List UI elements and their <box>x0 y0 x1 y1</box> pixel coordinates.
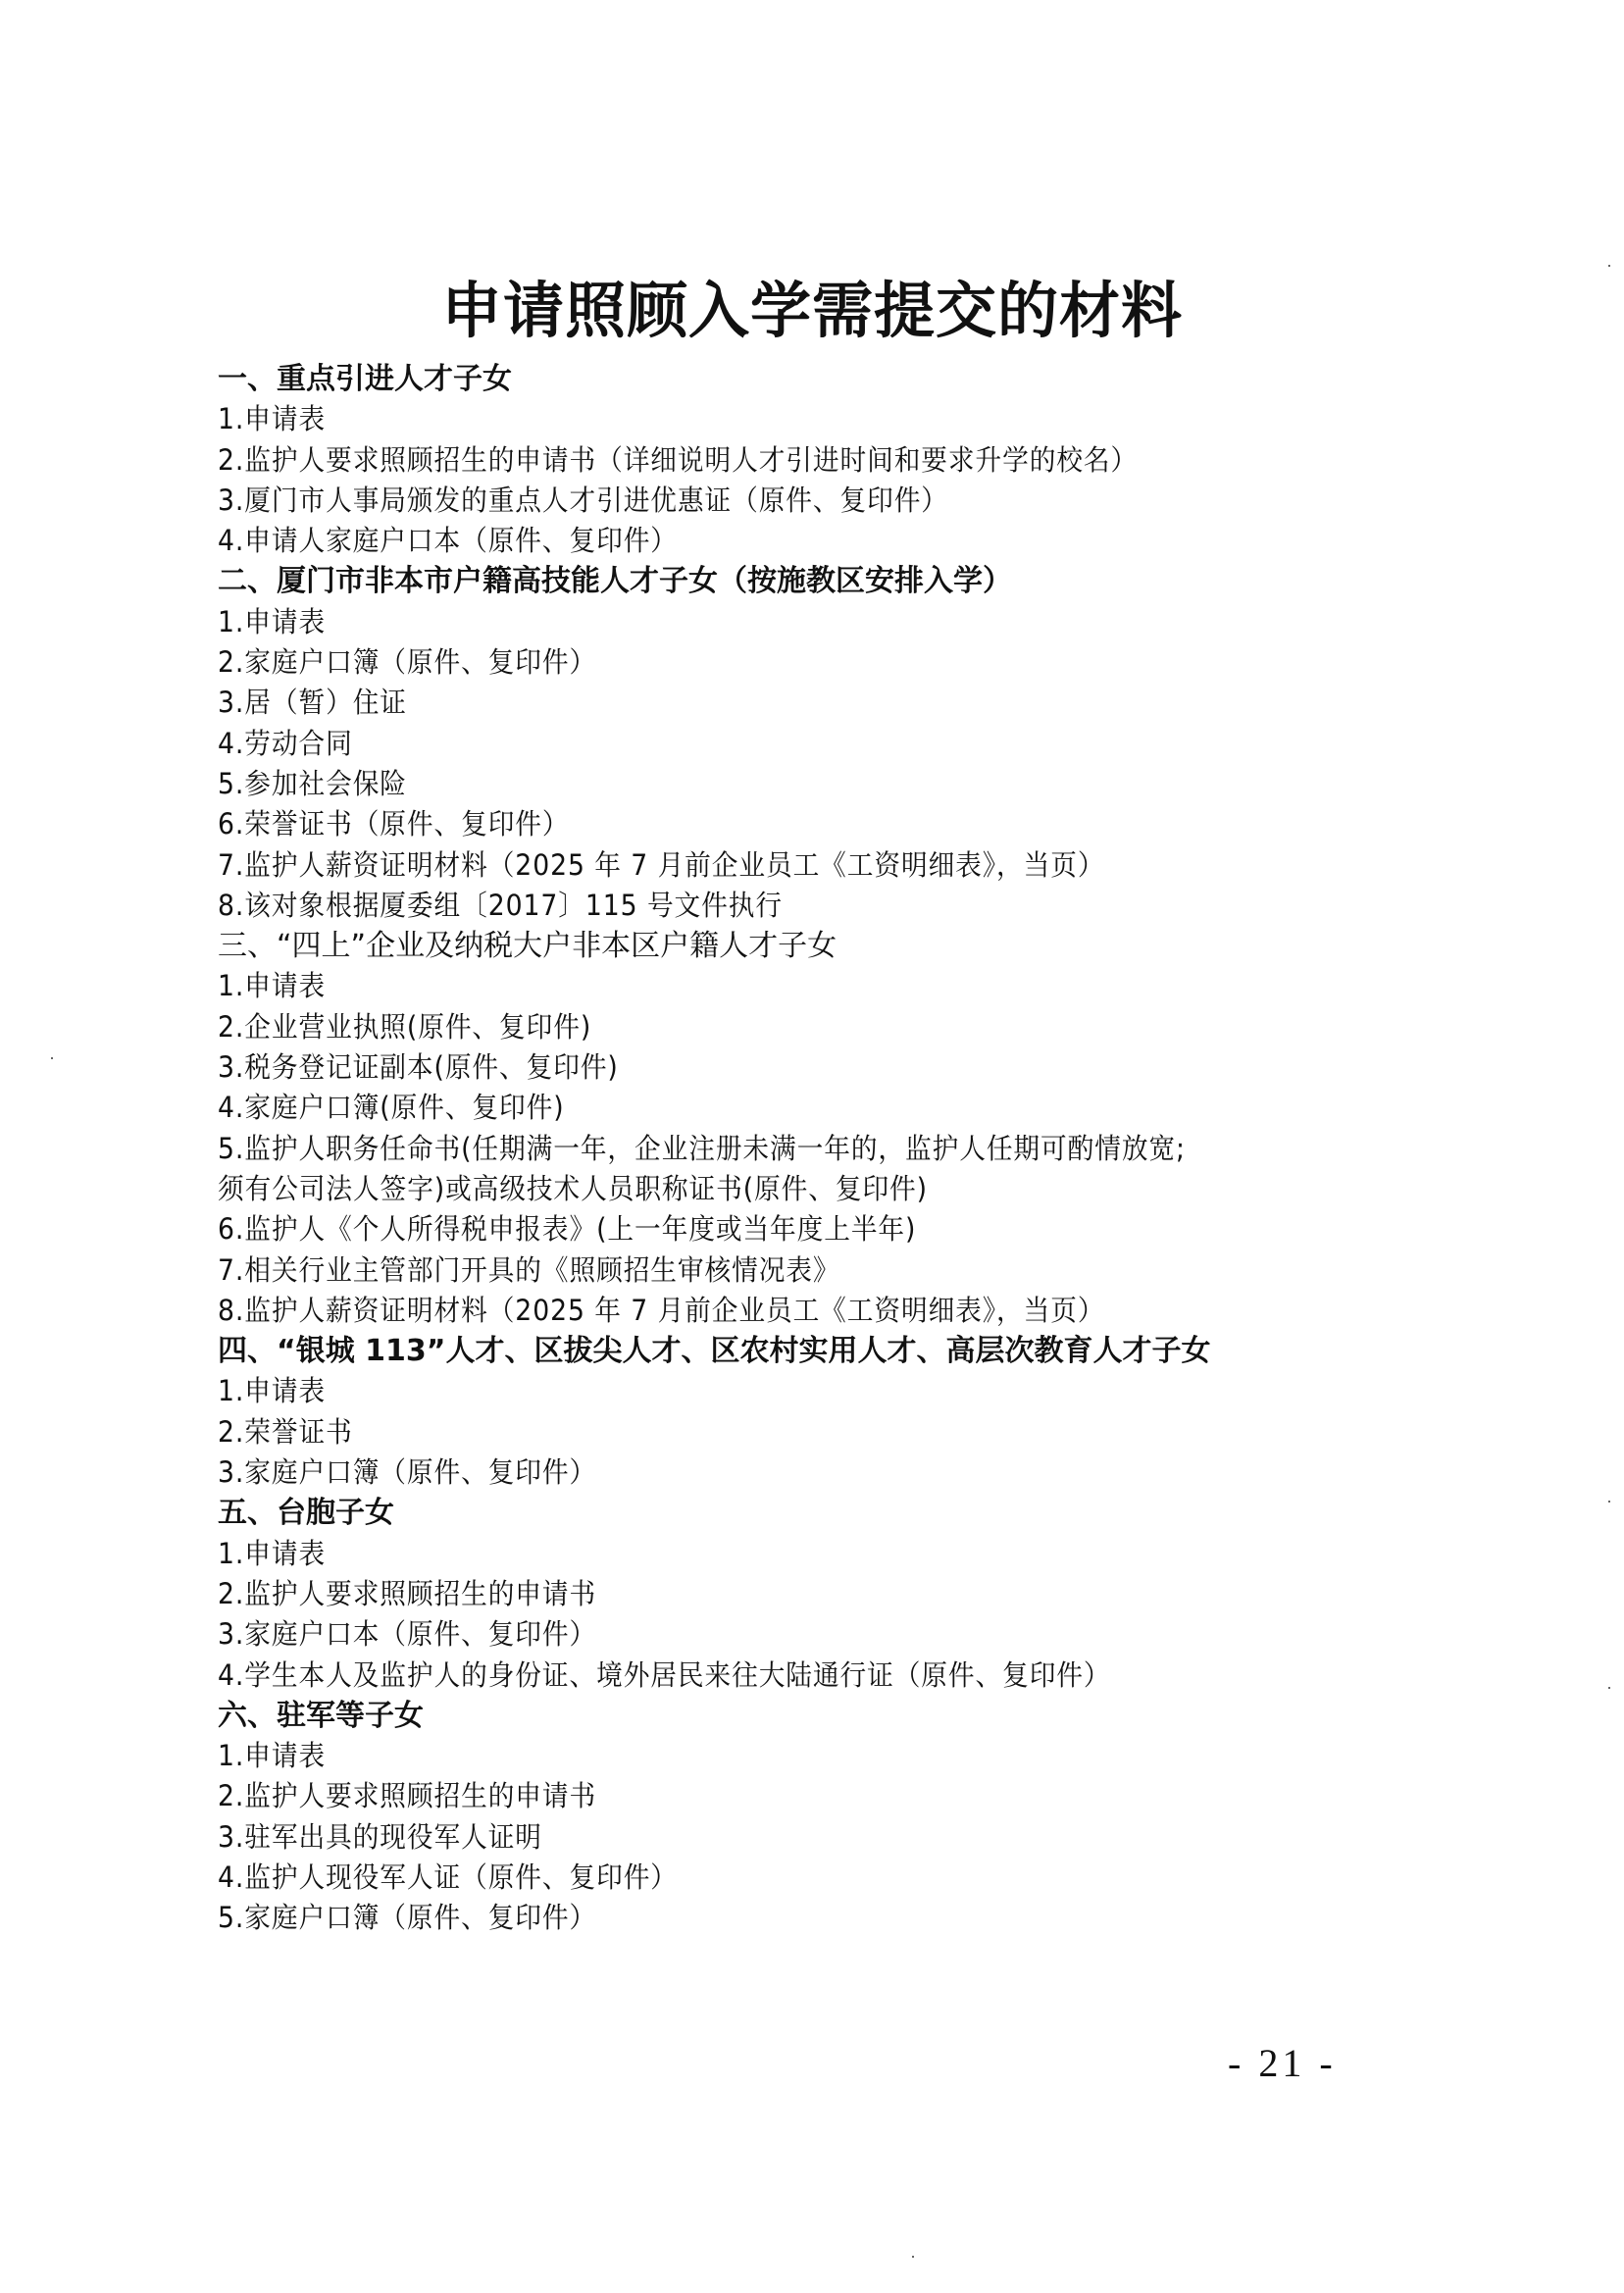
document-body: 一、重点引进人才子女 1.申请表 2.监护人要求照顾招生的申请书（详细说明人才引… <box>218 359 1473 1939</box>
list-item: 1.申请表 <box>218 1736 1373 1776</box>
scan-speck <box>1608 1501 1610 1503</box>
list-item: 1.申请表 <box>218 399 1373 439</box>
section-6: 六、驻军等子女 1.申请表 2.监护人要求照顾招生的申请书 3.驻军出具的现役军… <box>218 1696 1473 1939</box>
list-item: 2.荣誉证书 <box>218 1412 1373 1452</box>
section-5: 五、台胞子女 1.申请表 2.监护人要求照顾招生的申请书 3.家庭户口本（原件、… <box>218 1493 1473 1695</box>
list-item: 4.学生本人及监护人的身份证、境外居民来往大陆通行证（原件、复印件） <box>218 1656 1373 1696</box>
list-item: 3.驻军出具的现役军人证明 <box>218 1817 1373 1858</box>
list-item: 3.厦门市人事局颁发的重点人才引进优惠证（原件、复印件） <box>218 481 1373 521</box>
section-1: 一、重点引进人才子女 1.申请表 2.监护人要求照顾招生的申请书（详细说明人才引… <box>218 359 1473 561</box>
list-item: 2.家庭户口簿（原件、复印件） <box>218 642 1373 683</box>
page-number: - 21 - <box>1228 2040 1337 2086</box>
scan-speck <box>51 1057 53 1059</box>
list-item: 7.监护人薪资证明材料（2025 年 7 月前企业员工《工资明细表》，当页） <box>218 845 1373 886</box>
scan-speck <box>912 2256 914 2258</box>
section-heading: 二、厦门市非本市户籍高技能人才子女（按施教区安排入学） <box>218 561 1473 601</box>
list-item: 7.相关行业主管部门开具的《照顾招生审核情况表》 <box>218 1250 1373 1291</box>
list-item: 4.劳动合同 <box>218 724 1373 764</box>
list-item: 1.申请表 <box>218 1371 1373 1411</box>
list-item: 3.税务登记证副本(原件、复印件) <box>218 1047 1373 1088</box>
list-item: 4.监护人现役军人证（原件、复印件） <box>218 1858 1373 1898</box>
list-item: 3.家庭户口簿（原件、复印件） <box>218 1452 1373 1493</box>
section-heading: 四、“银城 113”人才、区拔尖人才、区农村实用人才、高层次教育人才子女 <box>218 1331 1473 1371</box>
list-item: 8.该对象根据厦委组〔2017〕115 号文件执行 <box>218 886 1373 926</box>
section-3: 三、“四上”企业及纳税大户非本区户籍人才子女 1.申请表 2.企业营业执照(原件… <box>218 926 1473 1331</box>
section-heading: 五、台胞子女 <box>218 1493 1473 1533</box>
scan-speck <box>1608 1687 1610 1689</box>
list-item: 5.监护人职务任命书(任期满一年，企业注册未满一年的，监护人任期可酌情放宽; <box>218 1129 1373 1169</box>
section-heading: 三、“四上”企业及纳税大户非本区户籍人才子女 <box>218 926 1473 966</box>
list-item: 8.监护人薪资证明材料（2025 年 7 月前企业员工《工资明细表》，当页） <box>218 1291 1373 1331</box>
list-item: 2.监护人要求照顾招生的申请书（详细说明人才引进时间和要求升学的校名） <box>218 440 1373 481</box>
list-item: 1.申请表 <box>218 966 1373 1006</box>
list-item: 2.监护人要求照顾招生的申请书 <box>218 1776 1373 1816</box>
section-heading: 一、重点引进人才子女 <box>218 359 1473 399</box>
section-2: 二、厦门市非本市户籍高技能人才子女（按施教区安排入学） 1.申请表 2.家庭户口… <box>218 561 1473 926</box>
list-item: 1.申请表 <box>218 1534 1373 1574</box>
list-item: 4.申请人家庭户口本（原件、复印件） <box>218 521 1373 561</box>
list-item: 5.家庭户口簿（原件、复印件） <box>218 1898 1373 1938</box>
list-item: 4.家庭户口簿(原件、复印件) <box>218 1088 1373 1128</box>
list-item-continuation: 须有公司法人签字)或高级技术人员职称证书(原件、复印件) <box>218 1169 1373 1209</box>
list-item: 3.居（暂）住证 <box>218 683 1373 723</box>
list-item: 5.参加社会保险 <box>218 764 1373 804</box>
list-item: 6.监护人《个人所得税申报表》(上一年度或当年度上半年) <box>218 1209 1373 1249</box>
section-4: 四、“银城 113”人才、区拔尖人才、区农村实用人才、高层次教育人才子女 1.申… <box>218 1331 1473 1493</box>
document-title: 申请照顾入学需提交的材料 <box>0 277 1624 345</box>
list-item: 6.荣誉证书（原件、复印件） <box>218 804 1373 844</box>
list-item: 3.家庭户口本（原件、复印件） <box>218 1614 1373 1655</box>
section-heading: 六、驻军等子女 <box>218 1696 1473 1736</box>
list-item: 1.申请表 <box>218 602 1373 642</box>
list-item: 2.企业营业执照(原件、复印件) <box>218 1007 1373 1047</box>
list-item: 2.监护人要求照顾招生的申请书 <box>218 1574 1373 1614</box>
scan-speck <box>1608 265 1610 267</box>
